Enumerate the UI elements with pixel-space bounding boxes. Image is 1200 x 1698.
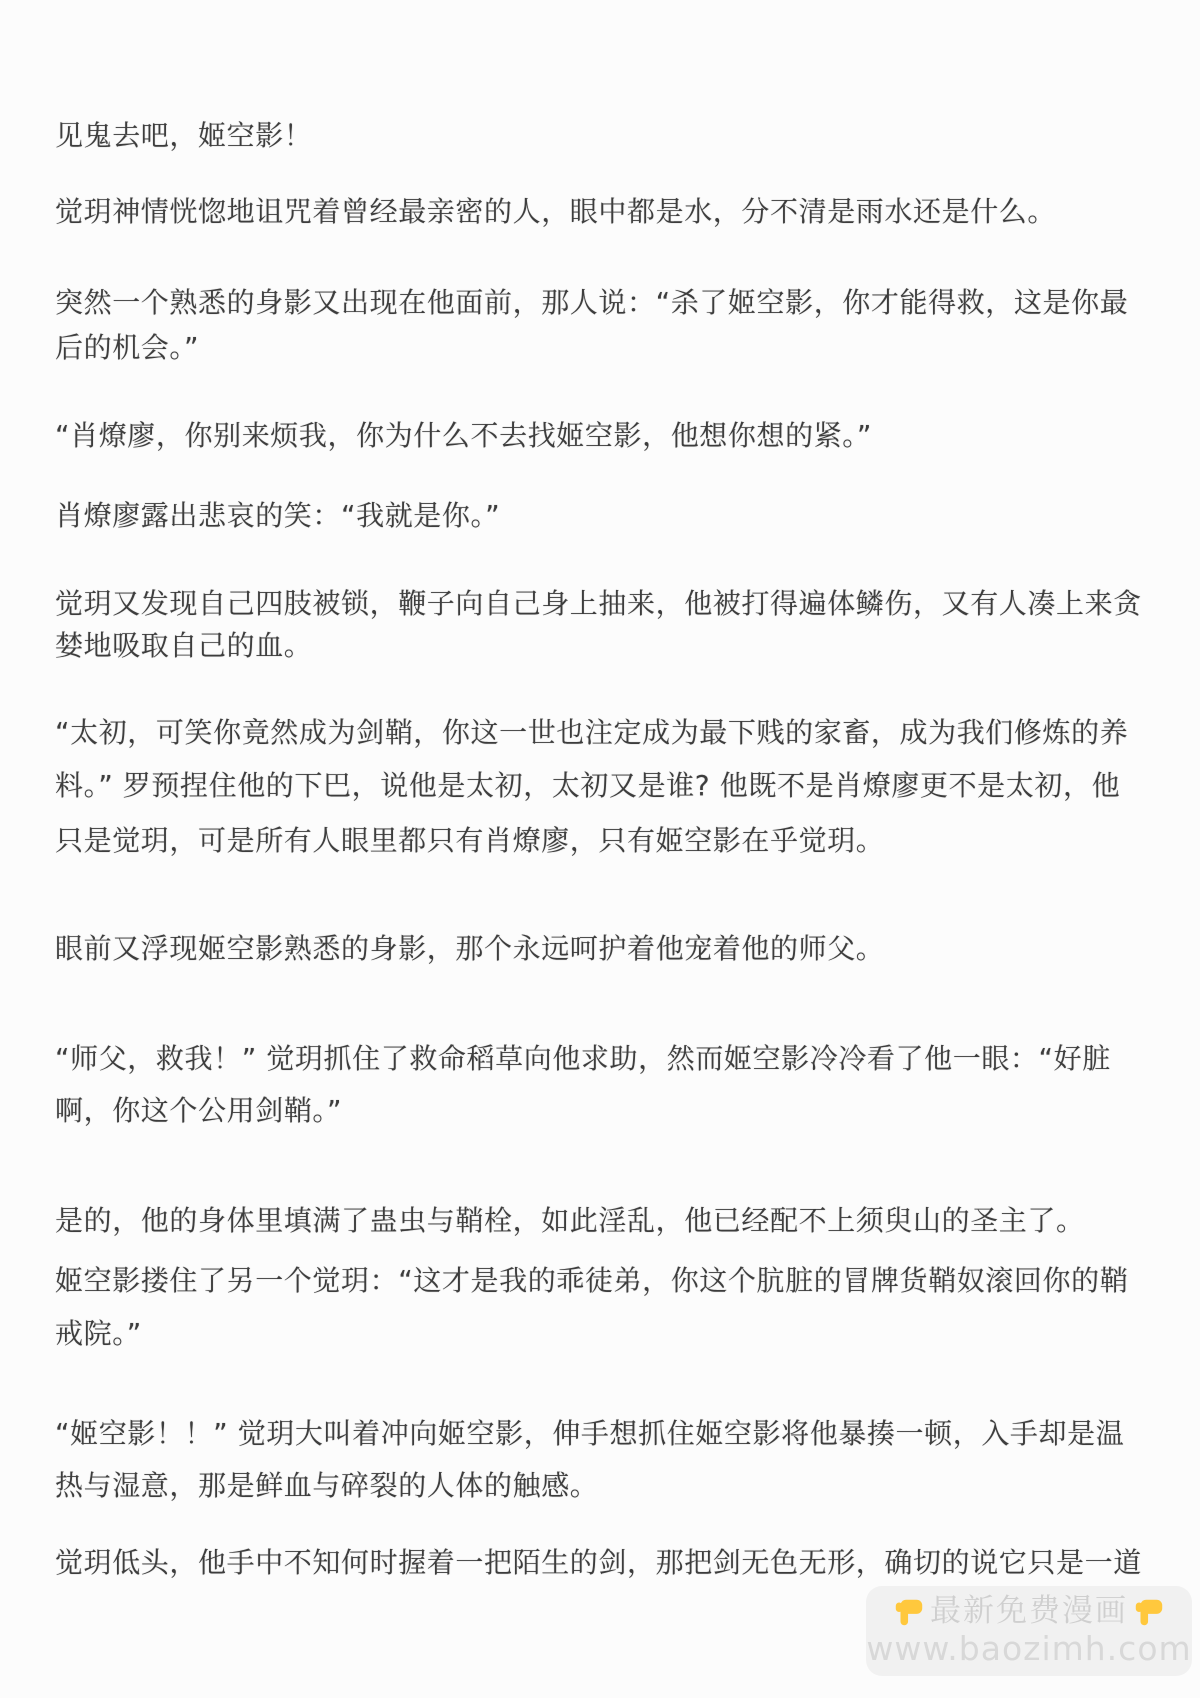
novel-line: “太初，可笑你竟然成为剑鞘，你这一世也注定成为最下贱的家畜，成为我们修炼的养 bbox=[55, 717, 1128, 749]
novel-line: 觉玥神情恍惚地诅咒着曾经最亲密的人，眼中都是水，分不清是雨水还是什么。 bbox=[55, 196, 1056, 228]
novel-line: 眼前又浮现姬空影熟悉的身影，那个永远呵护着他宠着他的师父。 bbox=[55, 933, 884, 965]
novel-line: 觉玥低头，他手中不知何时握着一把陌生的剑，那把剑无色无形，确切的说它只是一道 bbox=[55, 1547, 1142, 1579]
watermark-title: 最新免费漫画 bbox=[930, 1596, 1128, 1627]
novel-line: “师父，救我！” 觉玥抓住了救命稻草向他求助，然而姬空影冷冷看了他一眼：“好脏 bbox=[55, 1043, 1111, 1075]
watermark: 最新免费漫画 www.baozimh.com bbox=[866, 1586, 1192, 1676]
novel-line: 是的，他的身体里填满了蛊虫与鞘栓，如此淫乱，他已经配不上须臾山的圣主了。 bbox=[55, 1205, 1085, 1237]
pointing-down-icon bbox=[1132, 1595, 1166, 1629]
novel-line: “肖燎廖，你别来烦我，你为什么不去找姬空影，他想你想的紧。” bbox=[55, 420, 872, 452]
novel-line: 突然一个熟悉的身影又出现在他面前，那人说：“杀了姬空影，你才能得救，这是你最 bbox=[55, 287, 1128, 319]
novel-line: 后的机会。” bbox=[55, 332, 199, 364]
novel-line: “姬空影！！” 觉玥大叫着冲向姬空影，伸手想抓住姬空影将他暴揍一顿，入手却是温 bbox=[55, 1418, 1124, 1450]
watermark-title-row: 最新免费漫画 bbox=[892, 1595, 1166, 1629]
novel-line: 姬空影搂住了另一个觉玥：“这才是我的乖徒弟，你这个肮脏的冒牌货鞘奴滚回你的鞘 bbox=[55, 1265, 1128, 1297]
novel-line: 婪地吸取自己的血。 bbox=[55, 630, 312, 662]
novel-line: 啊，你这个公用剑鞘。” bbox=[55, 1095, 342, 1127]
novel-line: 料。” 罗预捏住他的下巴，说他是太初，太初又是谁? 他既不是肖燎廖更不是太初，他 bbox=[55, 770, 1120, 802]
pointing-down-icon bbox=[892, 1595, 926, 1629]
novel-line: 觉玥又发现自己四肢被锁，鞭子向自己身上抽来，他被打得遍体鳞伤，又有人凑上来贪 bbox=[55, 588, 1142, 620]
watermark-url: www.baozimh.com bbox=[866, 1630, 1191, 1668]
novel-page: 见鬼去吧，姬空影！ 觉玥神情恍惚地诅咒着曾经最亲密的人，眼中都是水，分不清是雨水… bbox=[0, 0, 1200, 1698]
novel-line: 见鬼去吧，姬空影！ bbox=[55, 120, 312, 152]
novel-line: 只是觉玥，可是所有人眼里都只有肖燎廖，只有姬空影在乎觉玥。 bbox=[55, 825, 884, 857]
novel-line: 戒院。” bbox=[55, 1318, 142, 1350]
novel-line: 肖燎廖露出悲哀的笑：“我就是你。” bbox=[55, 500, 500, 532]
novel-line: 热与湿意，那是鲜血与碎裂的人体的触感。 bbox=[55, 1470, 598, 1502]
